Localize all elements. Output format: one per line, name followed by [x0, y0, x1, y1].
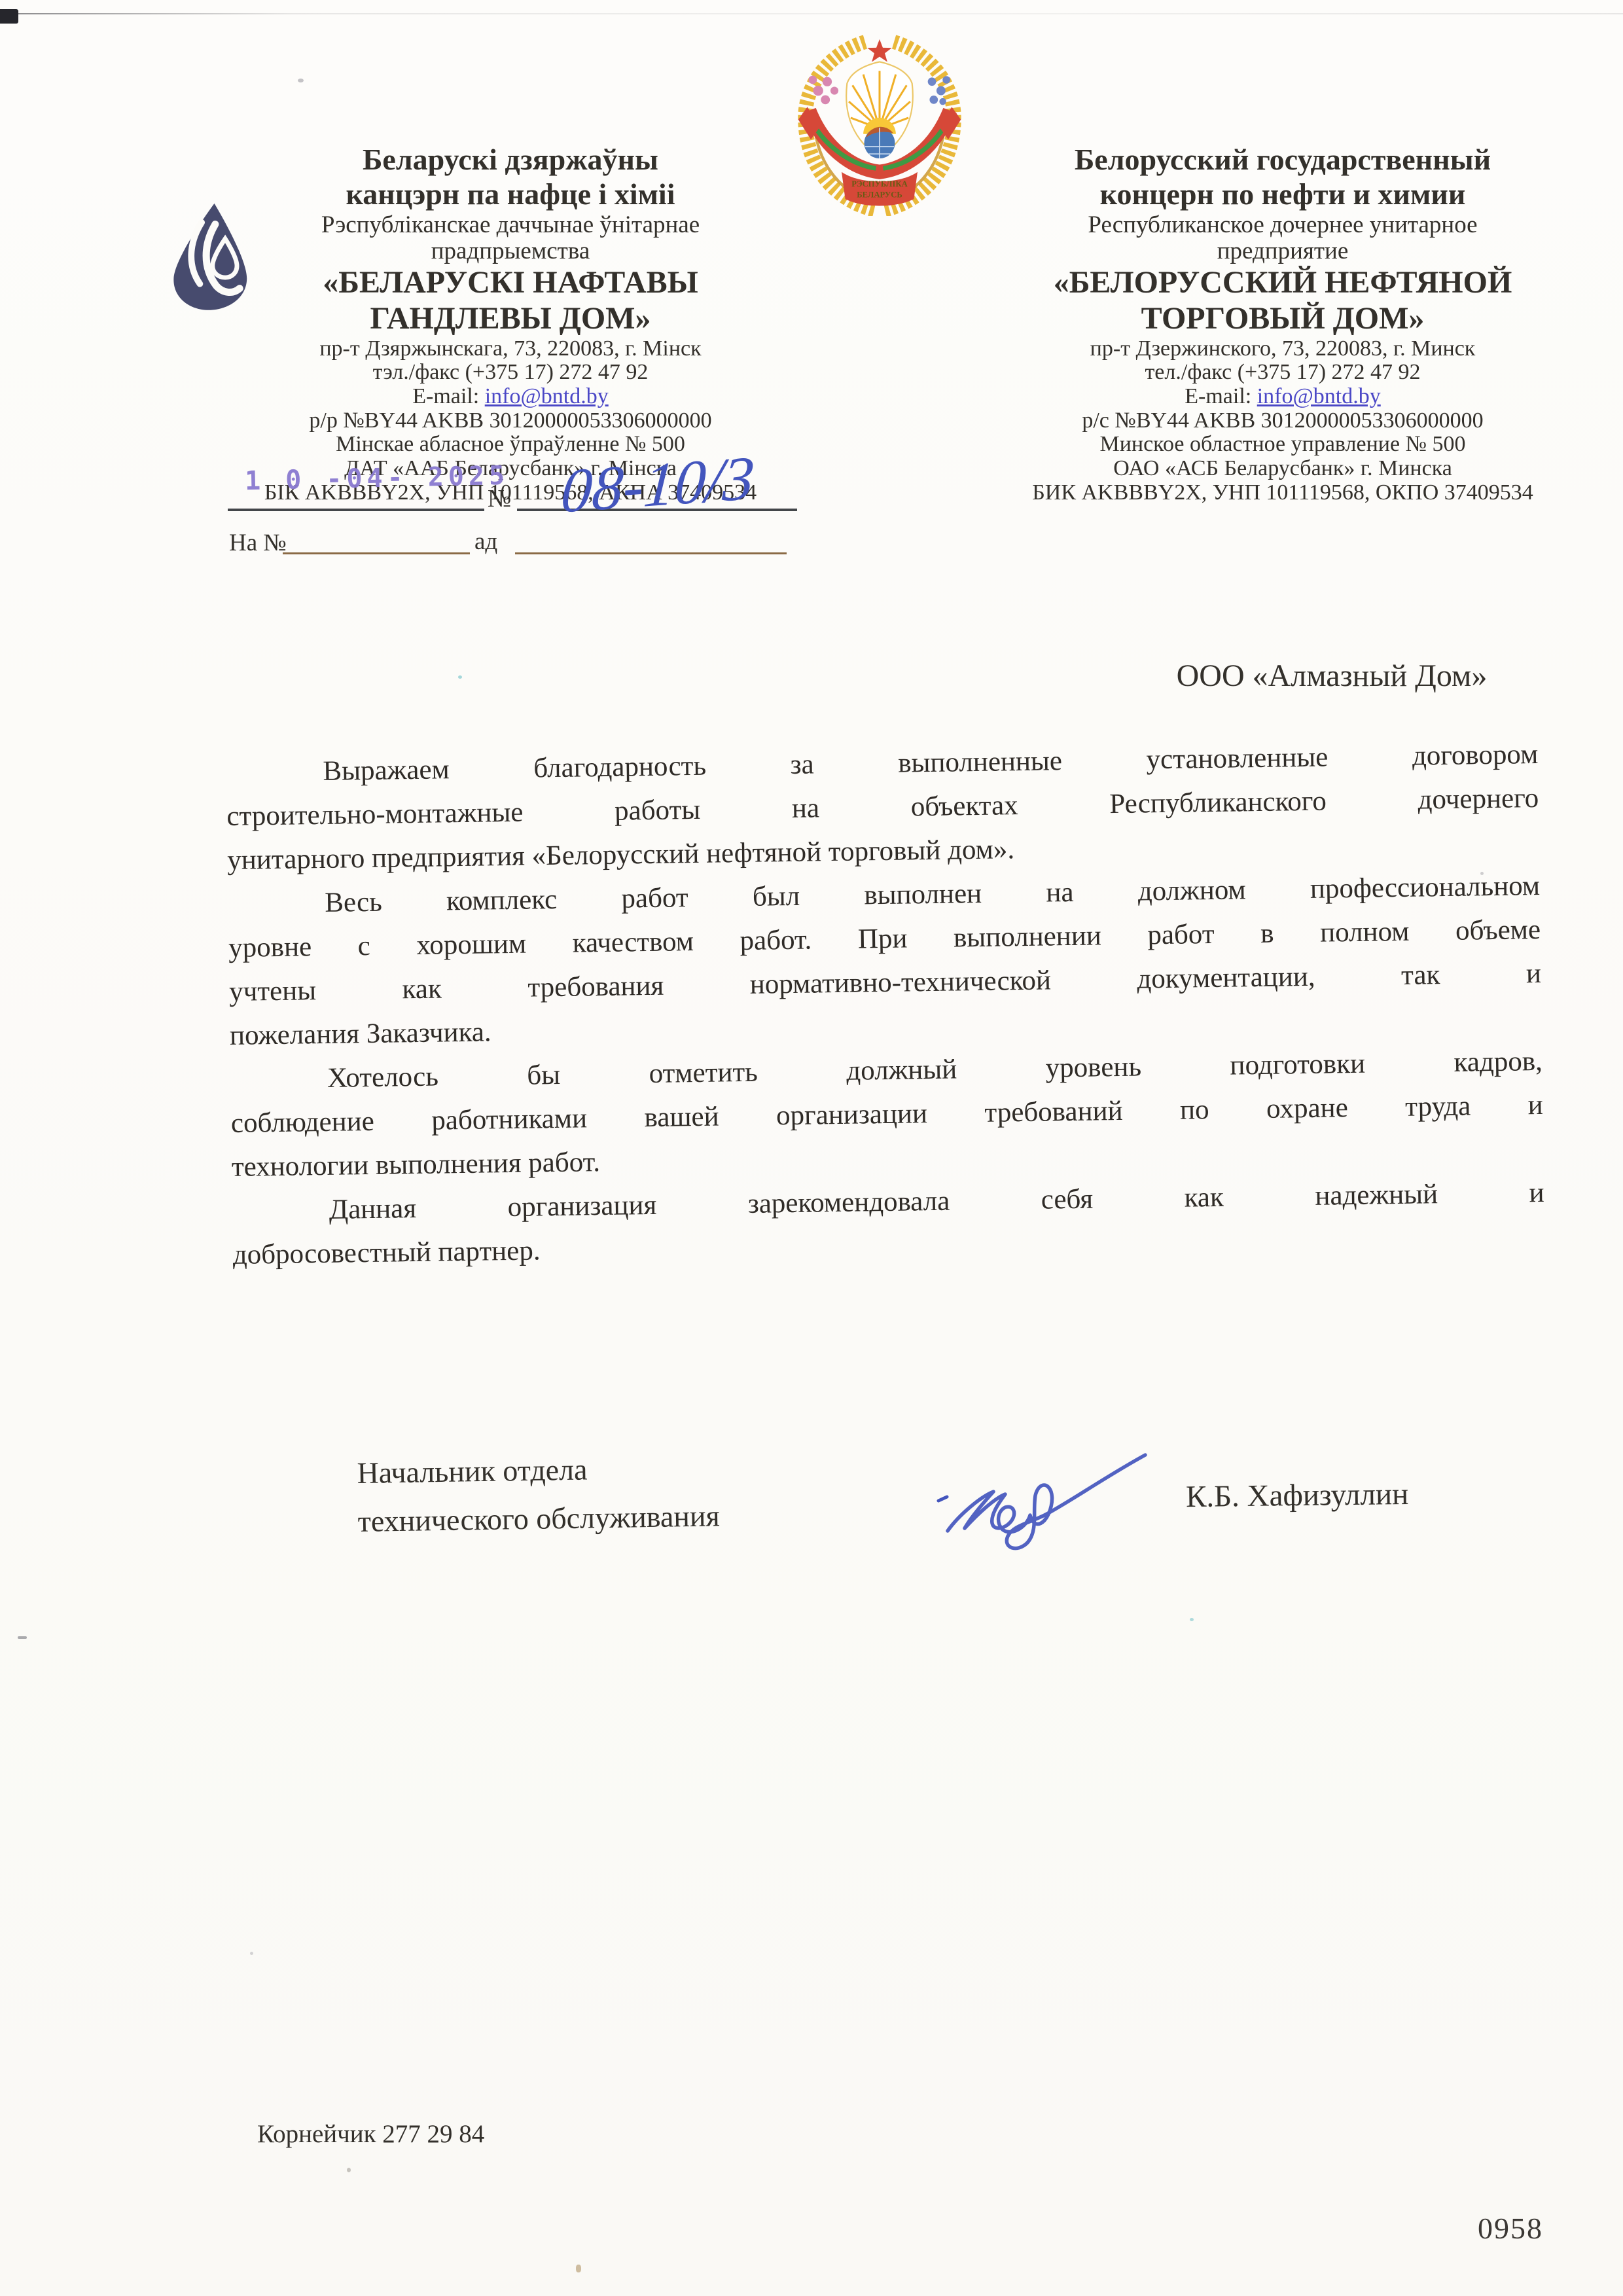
- scan-speck: [1190, 1618, 1194, 1621]
- scan-speck: [18, 1636, 27, 1639]
- letterhead-russian: Белорусский государственный концерн по н…: [985, 142, 1580, 505]
- page-number: 0958: [1478, 2211, 1543, 2246]
- emblem-ribbon-text-line1: РЭСПУБЛІКА: [851, 179, 908, 188]
- red-star-icon: [867, 39, 892, 62]
- date-blank-line: [228, 509, 484, 511]
- codes-ru: БИК AKBBBY2X, УНП 101119568, ОКПО 374095…: [985, 481, 1580, 505]
- org-name-by-2: ГАНДЛЕВЫ ДОМ»: [196, 301, 825, 337]
- executor-contact: Корнейчик 277 29 84: [257, 2119, 484, 2149]
- signer-position: Начальник отдела технического обслуживан…: [357, 1443, 720, 1546]
- address-ru: пр-т Дзержинского, 73, 220083, г. Минск: [985, 337, 1580, 361]
- reply-date-label: ад: [474, 528, 497, 556]
- signer-position-line1: Начальник отдела: [357, 1443, 719, 1498]
- signer-name: К.Б. Хафизуллин: [1186, 1477, 1409, 1515]
- email-label-by: E-mail:: [412, 384, 479, 408]
- org-title-by-1: Беларускі дзяржаўны: [196, 142, 825, 177]
- account-by: р/р №BY44 AKBB 30120000053306000000: [196, 409, 825, 433]
- handwritten-signature: [929, 1450, 1149, 1561]
- email-link-by: info@bntd.by: [485, 384, 609, 408]
- phone-by: тэл./факс (+375 17) 272 47 92: [196, 361, 825, 385]
- org-title-by-2: канцэрн па нафце і хіміі: [196, 177, 825, 211]
- reply-label: На №: [229, 529, 287, 557]
- account-ru: р/с №BY44 AKBB 30120000053306000000: [985, 409, 1580, 433]
- date-stamp: 1 0 -04- 2025: [245, 461, 510, 496]
- org-title-ru-1: Белорусский государственный: [985, 142, 1580, 177]
- scan-speck: [1480, 872, 1484, 875]
- org-title-ru-2: концерн по нефти и химии: [985, 177, 1580, 211]
- scan-speck: [250, 1952, 253, 1955]
- scan-speck: [298, 79, 304, 82]
- scan-corner-artifact: [0, 9, 18, 24]
- branch-ru: Минское областное управление № 500: [985, 433, 1580, 457]
- email-line-by: E-mail: info@bntd.by: [196, 385, 825, 409]
- emblem-ribbon-text-line2: БЕЛАРУСЬ: [857, 190, 902, 199]
- org-subtitle-ru-1: Республиканское дочернее унитарное: [985, 212, 1580, 239]
- signer-position-line2: технического обслуживания: [357, 1492, 720, 1546]
- org-subtitle-by-2: прадпрыемства: [196, 238, 825, 265]
- phone-ru: тел./факс (+375 17) 272 47 92: [985, 361, 1580, 385]
- scan-speck: [458, 675, 462, 679]
- letter-body: Выражаем благодарность за выполненные ус…: [226, 732, 1545, 1277]
- address-by: пр-т Дзяржынскага, 73, 220083, г. Мінск: [196, 337, 825, 361]
- scan-speck: [347, 2168, 351, 2172]
- email-label-ru: E-mail:: [1185, 384, 1251, 408]
- scanned-letter: РЭСПУБЛІКА БЕЛАРУСЬ Беларускі дзяржаўны …: [0, 0, 1623, 2296]
- org-name-by-1: «БЕЛАРУСКІ НАФТАВЫ: [196, 265, 825, 301]
- reply-number-blank-line: [283, 552, 470, 554]
- number-label: №: [488, 484, 511, 513]
- email-link-ru: info@bntd.by: [1257, 384, 1381, 408]
- scan-edge-line: [0, 13, 1623, 14]
- bank-ru: ОАО «АСБ Беларусбанк» г. Минска: [985, 457, 1580, 481]
- org-subtitle-by-1: Рэспубліканскае даччынае ўнітарнае: [196, 212, 825, 239]
- scan-speck: [576, 2265, 581, 2272]
- org-subtitle-ru-2: предприятие: [985, 238, 1580, 265]
- org-name-ru-2: ТОРГОВЫЙ ДОМ»: [985, 301, 1580, 337]
- email-line-ru: E-mail: info@bntd.by: [985, 385, 1580, 409]
- org-name-ru-1: «БЕЛОРУССКИЙ НЕФТЯНОЙ: [985, 265, 1580, 301]
- reply-date-blank-line: [515, 552, 787, 554]
- addressee: ООО «Алмазный Дом»: [1073, 658, 1590, 694]
